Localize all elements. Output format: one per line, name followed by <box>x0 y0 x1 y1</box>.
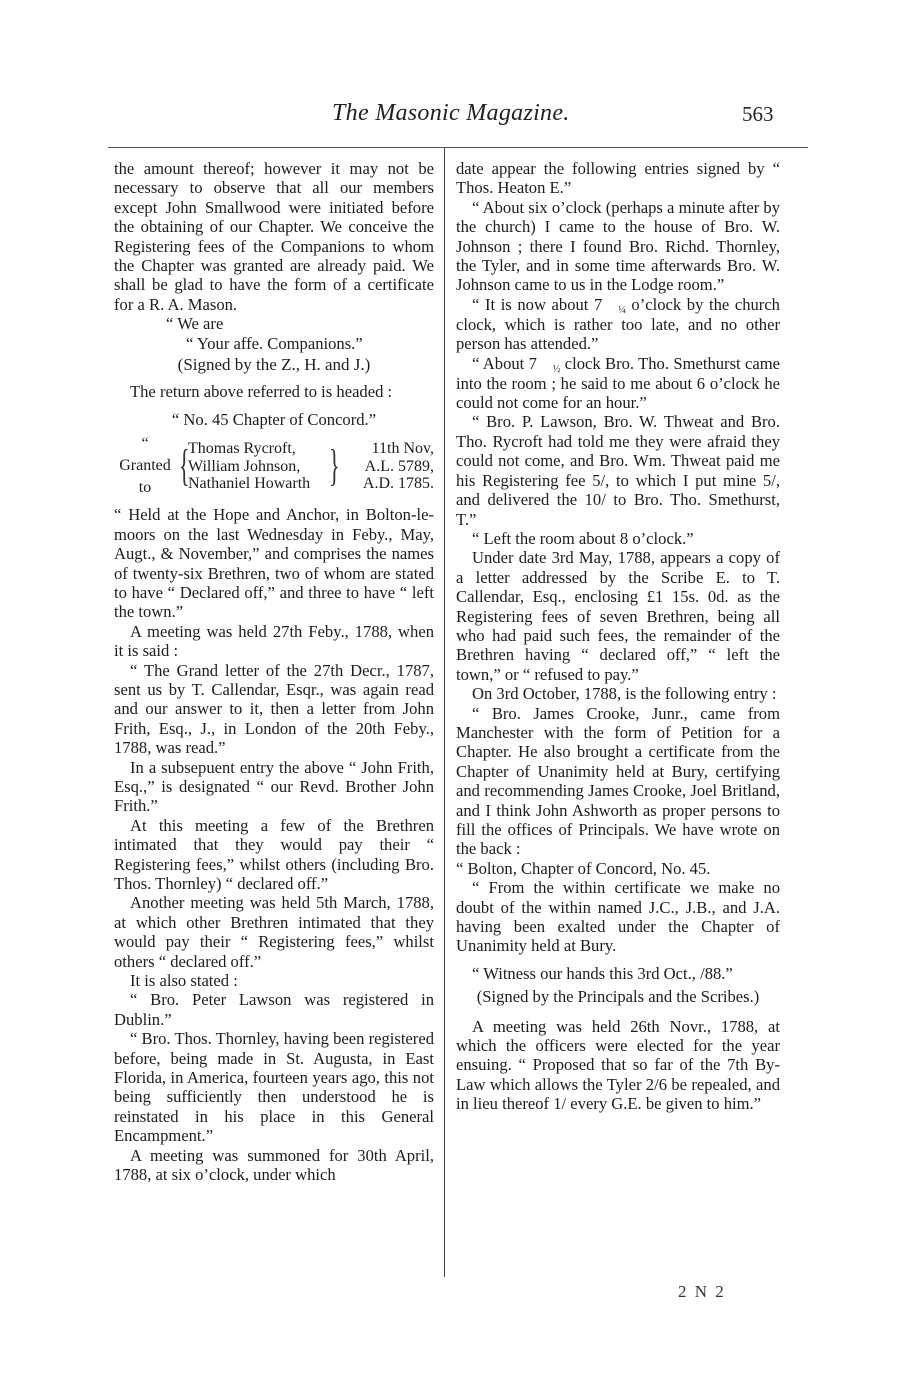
paragraph: A meeting was held 27th Feby., 1788, whe… <box>114 622 434 661</box>
signature-line: (Signed by the Z., H. and J.) <box>114 355 434 374</box>
page-number: 563 <box>742 102 774 127</box>
granted-date: A.L. 5789, <box>338 458 434 476</box>
granted-dates: 11th Nov, A.L. 5789, A.D. 1785. <box>338 440 434 493</box>
paragraph: At this meeting a few of the Brethren in… <box>114 816 434 894</box>
paragraph: “ It is now about 7¼ o’clock by the chur… <box>456 295 780 354</box>
right-column: date appear the following entries signed… <box>456 159 780 1114</box>
letter-closing: “ We are <box>114 314 434 333</box>
paragraph: “ From the within certificate we make no… <box>456 878 780 956</box>
running-title: The Masonic Magazine. <box>332 100 570 127</box>
paragraph: “ Held at the Hope and Anchor, in Bolton… <box>114 505 434 621</box>
paragraph: On 3rd October, 1788, is the following e… <box>456 684 780 703</box>
paragraph: The return above referred to is headed : <box>114 382 434 401</box>
paragraph: A meeting was summoned for 30th April, 1… <box>114 1146 434 1185</box>
left-brace: { <box>179 444 185 488</box>
granted-names: Thomas Rycroft, William Johnson, Nathani… <box>188 440 326 493</box>
page-header: The Masonic Magazine. 563 <box>0 100 909 130</box>
fraction: ¼ <box>602 306 626 315</box>
granted-name: William Johnson, <box>188 458 326 476</box>
paragraph: “ About six o’clock (perhaps a minute af… <box>456 198 780 295</box>
paragraph: It is also stated : <box>114 971 434 990</box>
header-rule <box>108 147 808 148</box>
paragraph: “ Bro. P. Lawson, Bro. W. Thweat and Bro… <box>456 412 780 528</box>
paragraph: Under date 3rd May, 1788, appears a copy… <box>456 548 780 684</box>
right-brace: } <box>329 444 335 488</box>
signature-mark: 2 N 2 <box>678 1282 726 1302</box>
paragraph: “ Bro. James Crooke, Junr., came from Ma… <box>456 704 780 859</box>
left-column: the amount thereof; however it may not b… <box>114 159 434 1185</box>
paragraph: “ Left the room about 8 o’clock.” <box>456 529 780 548</box>
granted-label-line: “ Granted <box>114 433 176 477</box>
paragraph: date appear the following entries signed… <box>456 159 780 198</box>
paragraph: “ Bro. Thos. Thornley, having been regis… <box>114 1029 434 1145</box>
granted-name: Nathaniel Howarth <box>188 475 326 493</box>
paragraph: “ About 7½ clock Bro. Tho. Smethurst cam… <box>456 354 780 413</box>
granted-date: A.D. 1785. <box>338 475 434 493</box>
quoted-heading: “ No. 45 Chapter of Concord.” <box>114 410 434 429</box>
granted-label: “ Granted to <box>114 433 176 499</box>
paragraph: “ Bolton, Chapter of Concord, No. 45. <box>456 859 780 878</box>
text-run: “ It is now about 7 <box>472 295 602 314</box>
paragraph: “ Bro. Peter Lawson was registered in Du… <box>114 990 434 1029</box>
signature-line: (Signed by the Principals and the Scribe… <box>456 987 780 1006</box>
paragraph: “ Witness our hands this 3rd Oct., /88.” <box>456 964 780 983</box>
paragraph: In a subsepuent entry the above “ John F… <box>114 758 434 816</box>
fraction: ½ <box>537 365 561 374</box>
granted-date: 11th Nov, <box>338 440 434 458</box>
granted-name: Thomas Rycroft, <box>188 440 326 458</box>
column-divider <box>444 147 445 1277</box>
granted-label-line: to <box>114 477 176 499</box>
text-run: “ About 7 <box>472 354 537 373</box>
paragraph: “ The Grand letter of the 27th Decr., 17… <box>114 661 434 758</box>
paragraph: the amount thereof; however it may not b… <box>114 159 434 314</box>
letter-closing: “ Your affe. Companions.” <box>114 334 434 353</box>
paragraph: Another meeting was held 5th March, 1788… <box>114 893 434 971</box>
paragraph: A meeting was held 26th Novr., 1788, at … <box>456 1017 780 1114</box>
granted-block: “ Granted to { Thomas Rycroft, William J… <box>114 433 434 499</box>
